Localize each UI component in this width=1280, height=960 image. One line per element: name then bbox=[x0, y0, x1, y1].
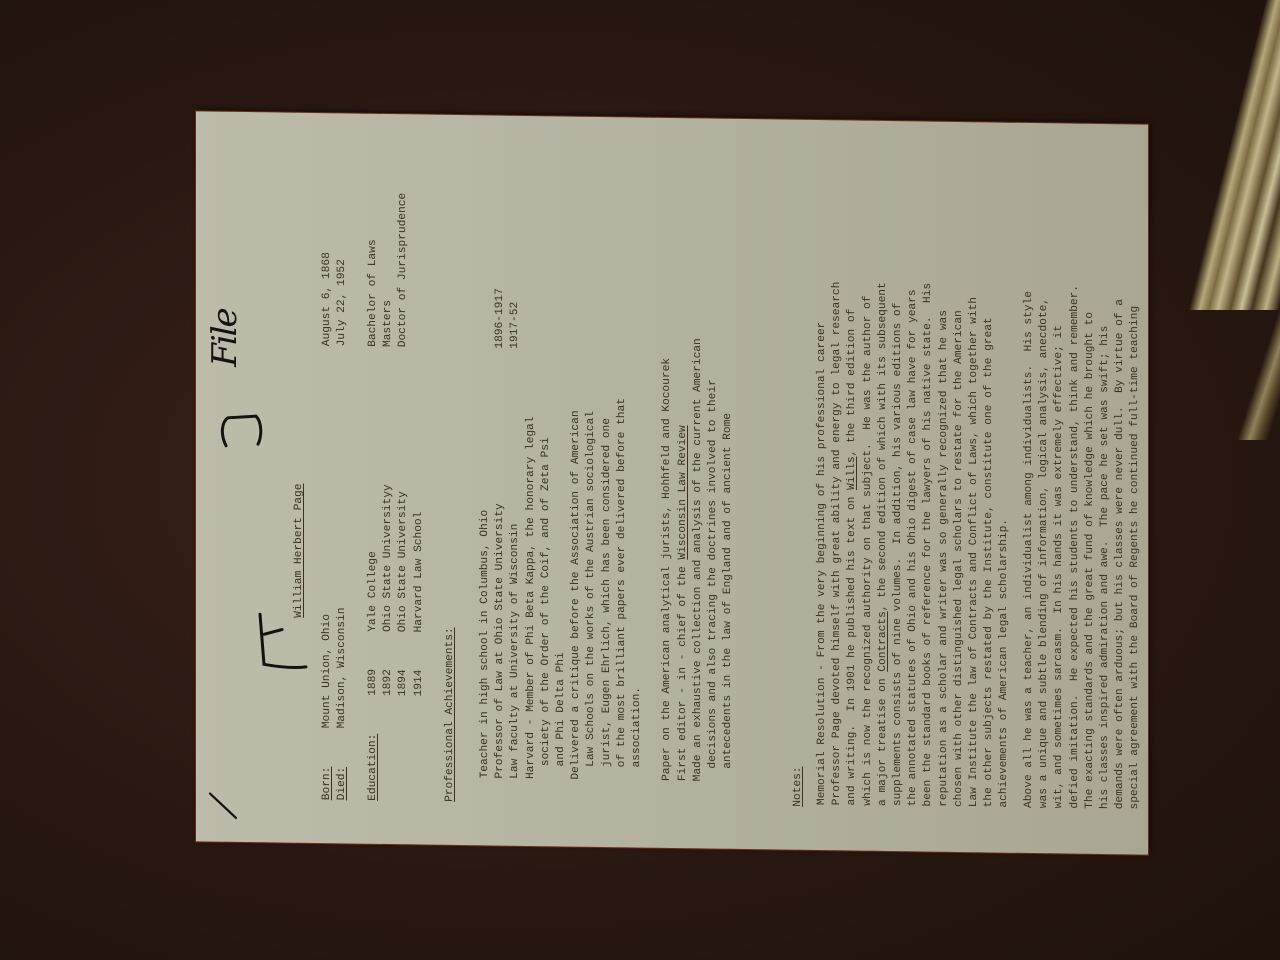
vital-place: Madison, Wisconsin bbox=[335, 607, 350, 728]
paragraph-line: The exacting standards and the great fun… bbox=[1083, 312, 1098, 809]
achievement-line: Harvard - Member of Phi Beta Kappa, the … bbox=[524, 416, 539, 779]
education-label: Education: bbox=[366, 734, 381, 801]
achievement-line: Professor of Law at Ohio State Universit… bbox=[493, 503, 508, 778]
achievement-years: 1896-1917 bbox=[493, 288, 508, 349]
achievement-line: First editor - in - chief of the Wiscons… bbox=[676, 425, 691, 781]
binder-edge-lower bbox=[1237, 300, 1280, 440]
education-school: Harvard Law School bbox=[412, 512, 427, 633]
handwritten-bracket-right-icon bbox=[218, 412, 266, 453]
document-photo: File William Herbert Page Born:Mount Uni… bbox=[196, 118, 1148, 848]
achievement-line: society of the Order of the Coif, and of… bbox=[539, 437, 554, 766]
education-school: Ohio State University bbox=[396, 491, 411, 632]
education-year: 1914 bbox=[412, 670, 427, 697]
education-year: 1894 bbox=[396, 669, 411, 696]
paragraph-line: his classes inspired admiration and awe.… bbox=[1098, 326, 1113, 810]
achievement-line: of the most brilliant papers ever delive… bbox=[615, 398, 630, 767]
education-school: Ohio State Universityy bbox=[381, 484, 396, 632]
paragraph-line: Law Institute the law of Contracts and C… bbox=[967, 297, 982, 807]
achievements-heading: Professional Achievements: bbox=[443, 627, 458, 802]
education-year: 1892 bbox=[381, 669, 396, 696]
education-school: Yale College bbox=[366, 551, 381, 632]
page-title: William Herbert Page bbox=[292, 483, 307, 617]
vital-label: Born: bbox=[320, 767, 335, 801]
paragraph-line: special agreement with the Board of Rege… bbox=[1128, 306, 1143, 810]
paragraph-line: defied imitation. He expected his studen… bbox=[1068, 285, 1083, 809]
education-degree: Doctor of Jurisprudence bbox=[396, 193, 411, 348]
vital-place: Mount Union, Ohio bbox=[320, 614, 335, 728]
achievement-line: Teacher in high school in Columbus, Ohio bbox=[478, 510, 493, 779]
book-title: Contracts bbox=[877, 611, 889, 672]
paragraph-line: wit, and sometimes sarcasm. In his hands… bbox=[1052, 325, 1067, 809]
achievement-line: Made an exhaustive collection and analys… bbox=[691, 338, 706, 781]
vital-label: Died: bbox=[335, 767, 350, 801]
book-title: Wills bbox=[846, 456, 858, 490]
achievement-line: Paper on the American analytical jurists… bbox=[660, 358, 675, 781]
vital-date: July 22, 1952 bbox=[335, 259, 350, 346]
paragraph-line: which is now the recognized authority on… bbox=[861, 295, 876, 805]
vital-date: August 6, 1868 bbox=[320, 252, 335, 346]
achievement-line: association. bbox=[630, 687, 645, 768]
education-year: 1889 bbox=[366, 669, 381, 696]
achievement-line: antecedents in the law of England and of… bbox=[721, 413, 736, 769]
notes-heading: Notes: bbox=[791, 766, 806, 807]
paragraph-line: Above all he was a teacher, an individua… bbox=[1022, 291, 1037, 808]
paragraph-line: was a unique and subtle blending of info… bbox=[1037, 298, 1052, 808]
achievement-line: Law Schools on the works of the Austrian… bbox=[584, 411, 599, 767]
achievement-line: decisions and also tracing the doctrines… bbox=[706, 379, 721, 769]
achievement-years: 1917-52 bbox=[508, 302, 523, 349]
paragraph-line: Memorial Resolution - From the very begi… bbox=[815, 322, 830, 806]
paragraph-line: and writing. In 1901 he published his te… bbox=[845, 309, 860, 806]
handwritten-file-note: File bbox=[218, 309, 233, 367]
achievement-line: jurist, Eugen Ehrlich, which has been co… bbox=[600, 418, 615, 767]
paragraph-line: chosen with other distinguished legal sc… bbox=[952, 310, 967, 807]
education-degree: Masters bbox=[381, 300, 396, 347]
paragraph-line: the annotated statutes of Ohio and his O… bbox=[906, 289, 921, 806]
education-degree: Bachelor of Laws bbox=[366, 239, 381, 347]
paragraph-line: Professor Page devoted himself with grea… bbox=[830, 282, 845, 806]
paragraph-line: supplements consists of nine volumes. In… bbox=[891, 303, 906, 807]
paragraph-line: achievements of American legal scholarsh… bbox=[997, 519, 1012, 808]
journal-title: Wisconsin Law Review bbox=[677, 425, 689, 559]
paragraph-line: a major treatise on Contracts, the secon… bbox=[876, 282, 891, 806]
paragraph-line: the other subjects restated by the Insti… bbox=[982, 317, 997, 807]
typed-page: File William Herbert Page Born:Mount Uni… bbox=[196, 111, 1148, 854]
achievement-line: Law faculty at University of Wisconsin bbox=[508, 524, 523, 779]
paragraph-line: been the standard books of reference for… bbox=[921, 283, 936, 807]
handwritten-check-mark-icon bbox=[202, 783, 242, 824]
paragraph-line: demands were often arduous; but his clas… bbox=[1113, 299, 1128, 809]
binder-edge bbox=[1189, 0, 1280, 310]
achievement-line: and Phi Delta Phi bbox=[554, 652, 569, 766]
paragraph-line: reputation as a scholar and writer was s… bbox=[937, 310, 952, 807]
achievement-line: Delivered a critique before the Associat… bbox=[569, 410, 584, 779]
